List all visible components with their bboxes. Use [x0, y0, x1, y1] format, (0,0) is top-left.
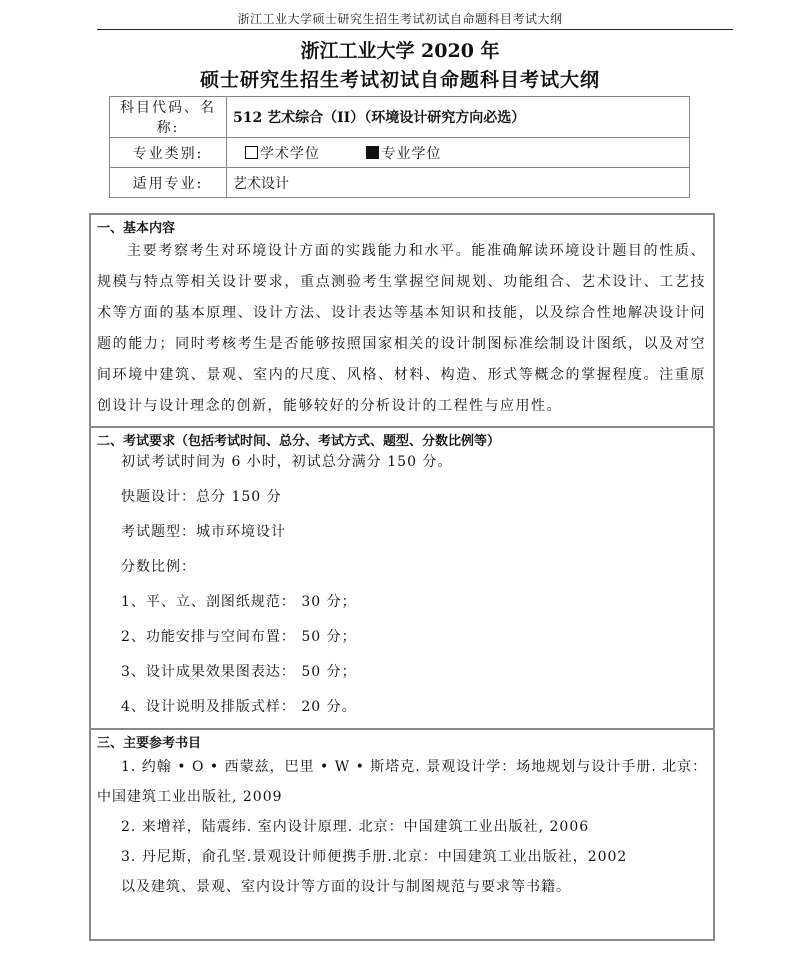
list-item: 考试题型：城市环境设计: [91, 515, 713, 550]
reference-note: 以及建筑、景观、室内设计等方面的设计与制图规范与要求等书籍。: [91, 872, 713, 902]
list-item: 快题设计：总分 150 分: [91, 480, 713, 515]
table-row-subject: 科目代码、名称: 512 艺术综合（II）（环境设计研究方向必选）: [110, 97, 690, 138]
document-title-line2: 硕士研究生招生考试初试自命题科目考试大纲: [0, 65, 800, 92]
subject-code-label: 科目代码、名称:: [110, 97, 227, 138]
table-row-major: 适用专业: 艺术设计: [110, 168, 690, 198]
category-options: 学术学位 专业学位: [227, 138, 690, 168]
option-professional-label: 专业学位: [381, 146, 441, 162]
list-item: 1、平、立、剖图纸规范： 30 分；: [91, 585, 713, 620]
option-academic-label: 学术学位: [260, 146, 320, 162]
applicable-major-label: 适用专业:: [110, 168, 227, 198]
section-heading: 一、基本内容: [91, 215, 713, 235]
reference-item: 2. 来增祥，陆震纬. 室内设计原理. 北京：中国建筑工业出版社, 2006: [91, 812, 713, 842]
document-title-line1: 浙江工业大学 2020 年: [0, 36, 800, 63]
subject-info-table: 科目代码、名称: 512 艺术综合（II）（环境设计研究方向必选） 专业类别: …: [109, 96, 690, 198]
section-references: 三、主要参考书目 1. 约翰 • O • 西蒙兹，巴里 • W • 斯塔克. 景…: [91, 730, 713, 902]
checkbox-empty-icon: [245, 146, 258, 159]
section-exam-requirements: 二、考试要求（包括考试时间、总分、考试方式、题型、分数比例等） 初试考试时间为 …: [91, 428, 713, 725]
applicable-major-value: 艺术设计: [227, 168, 690, 198]
subject-code-value: 512 艺术综合（II）（环境设计研究方向必选）: [227, 97, 690, 138]
reference-item-continuation: 中国建筑工业出版社, 2009: [91, 782, 713, 812]
list-item: 分数比例：: [91, 550, 713, 585]
section-heading: 三、主要参考书目: [91, 730, 713, 750]
section-basic-content: 一、基本内容 主要考察考生对环境设计方面的实践能力和水平。能准确解读环境设计题目…: [91, 215, 713, 422]
reference-item: 3. 丹尼斯，俞孔坚.景观设计师便携手册.北京：中国建筑工业出版社，2002: [91, 842, 713, 872]
subject-code-text: 512 艺术综合（II）（环境设计研究方向必选）: [233, 110, 525, 126]
category-label: 专业类别:: [110, 138, 227, 168]
list-item: 3、设计成果效果图表达： 50 分；: [91, 655, 713, 690]
reference-item: 1. 约翰 • O • 西蒙兹，巴里 • W • 斯塔克. 景观设计学：场地规划…: [91, 752, 713, 782]
header-rule: [97, 29, 733, 30]
table-row-category: 专业类别: 学术学位 专业学位: [110, 138, 690, 168]
outline-content-box: 一、基本内容 主要考察考生对环境设计方面的实践能力和水平。能准确解读环境设计题目…: [89, 213, 715, 941]
list-item: 4、设计说明及排版式样： 20 分。: [91, 690, 713, 725]
checkbox-filled-icon: [366, 146, 379, 159]
section-paragraph: 主要考察考生对环境设计方面的实践能力和水平。能准确解读环境设计题目的性质、规模与…: [91, 236, 713, 422]
option-professional-degree: 专业学位: [366, 143, 441, 163]
running-header: 浙江工业大学硕士研究生招生考试初试自命题科目考试大纲: [0, 10, 800, 27]
list-item: 2、功能安排与空间布置： 50 分；: [91, 620, 713, 655]
list-item: 初试考试时间为 6 小时，初试总分满分 150 分。: [91, 445, 713, 480]
option-academic-degree: 学术学位: [245, 143, 320, 163]
